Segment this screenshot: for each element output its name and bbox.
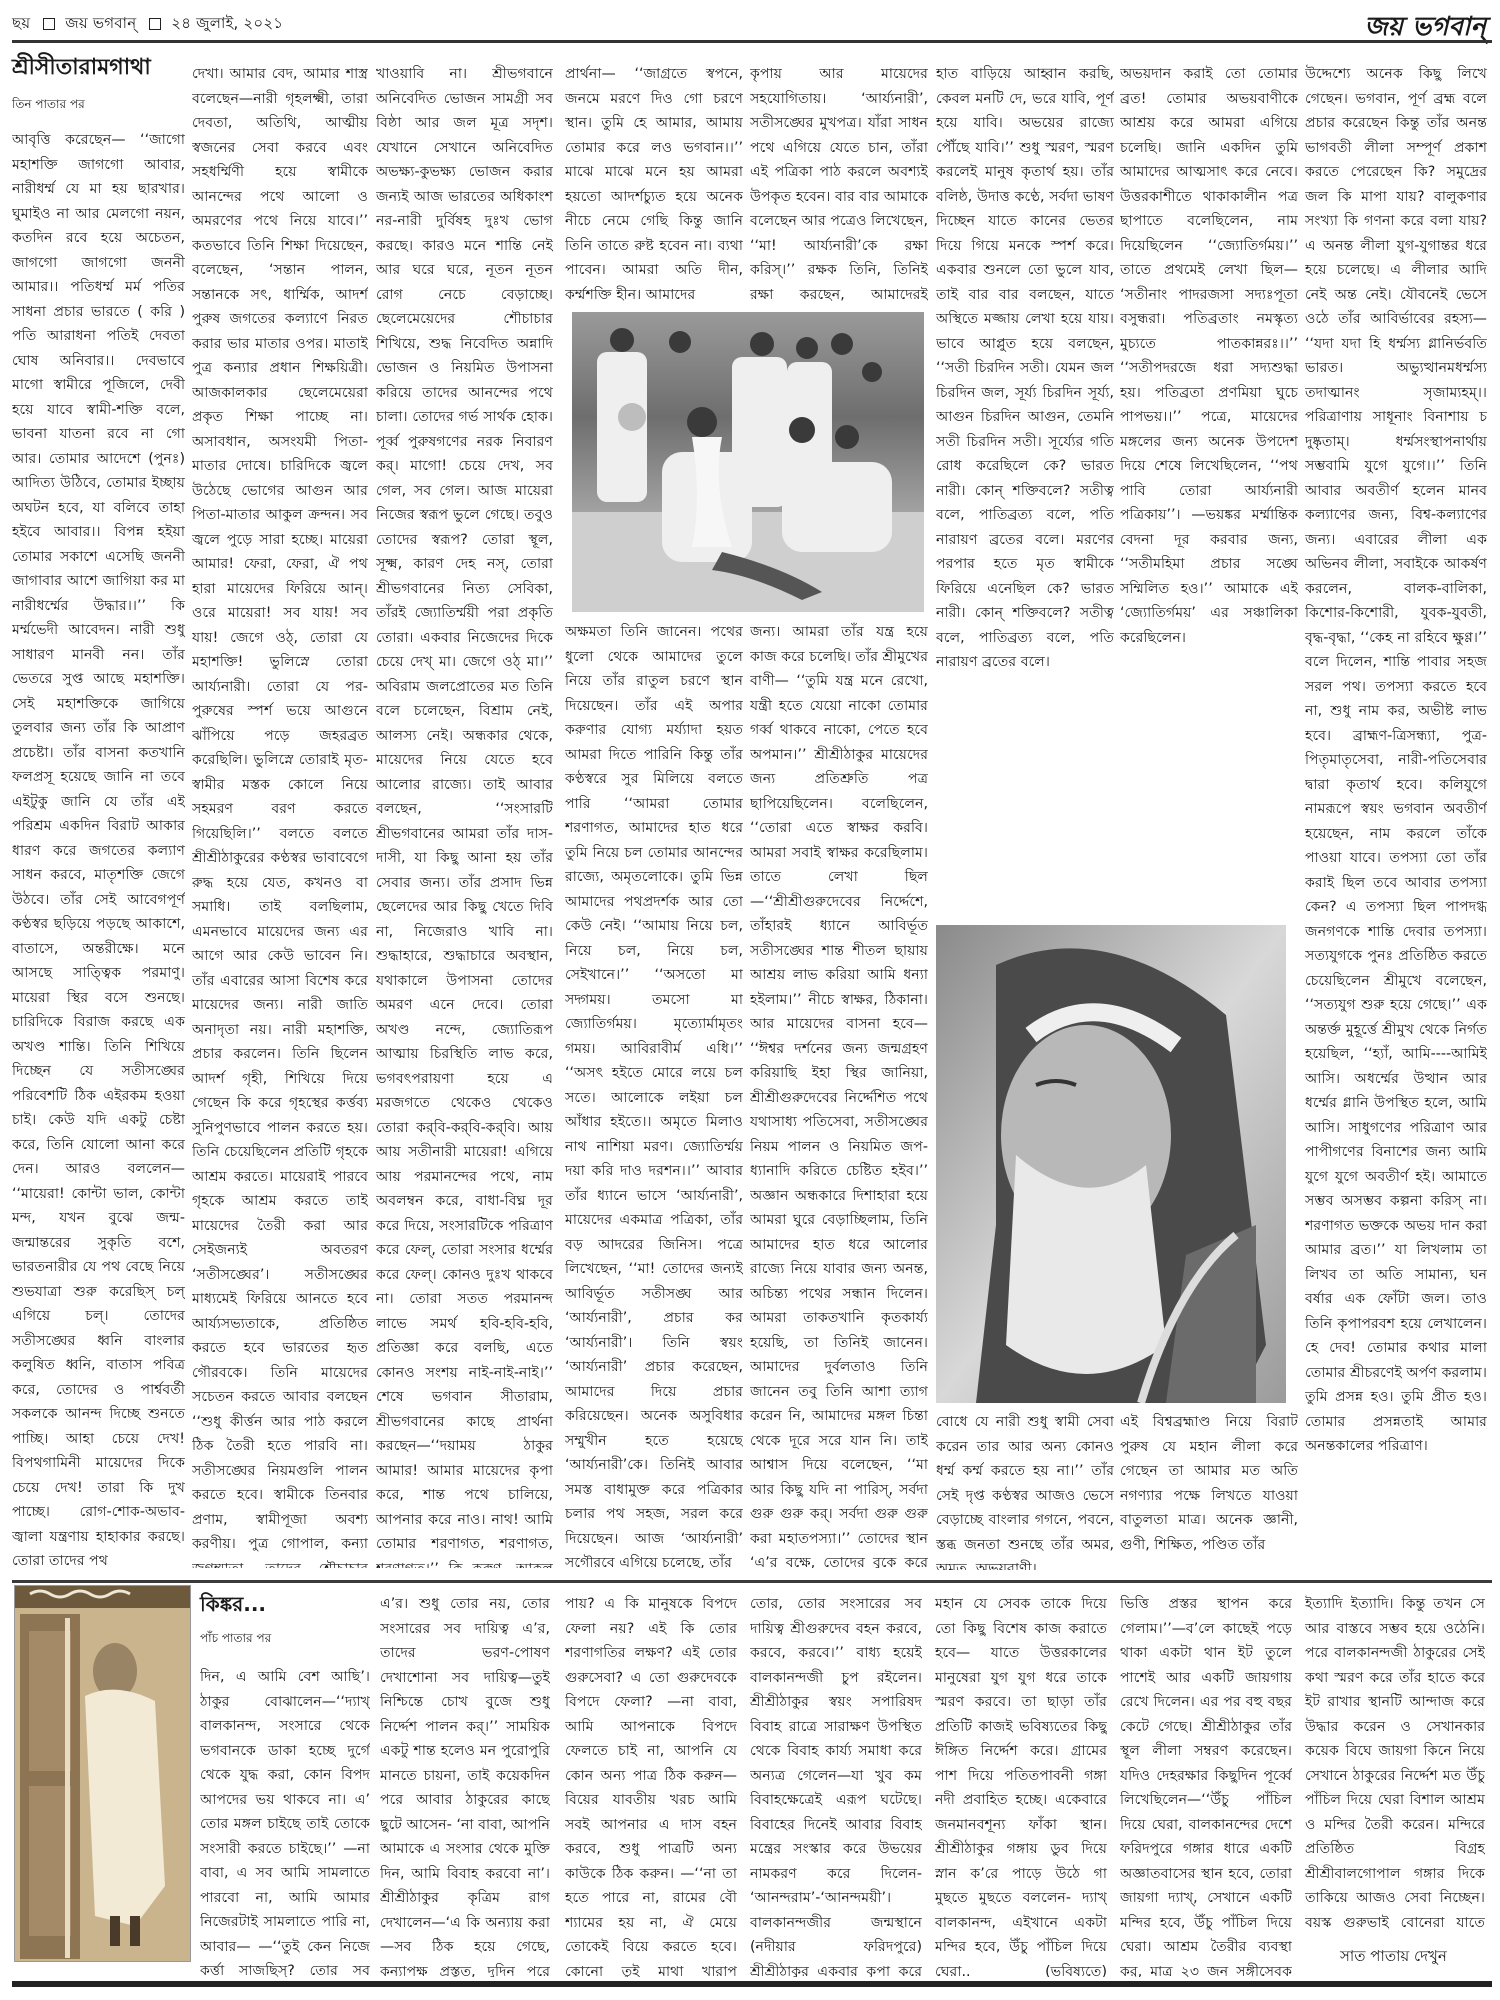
article-column-7: এই বিশ্বব্রহ্মাণ্ড নিয়ে বিরাট পুরুষ যে … <box>1120 1410 1298 1570</box>
article-column-2: দেখা। আমার বেদ, আমার শাস্ত্র বলেছেন—নারী… <box>192 62 368 1568</box>
article-column-1: আবৃত্তি করেছেন— ‘‘জাগো মহাশক্তি জাগগো আব… <box>12 128 185 1568</box>
portrait-photo <box>936 925 1286 1403</box>
continued-from: পাঁচ পাতার পর <box>200 1630 271 1650</box>
masthead-logo: জয় ভগবান্ <box>1364 6 1486 50</box>
square-bullet-icon <box>149 18 161 30</box>
standing-photo <box>14 1585 191 1962</box>
group-photo-image <box>572 312 924 612</box>
standing-photo-image <box>15 1586 190 1961</box>
issue-date: ২৪ জুলাই, ২০২১ <box>171 14 283 32</box>
article-column-4-top: প্রার্থনা— ‘‘জাগ্রতে স্বপনে, জনমে মরণে দ… <box>565 62 743 312</box>
bottom-column-1: দিন, এ আমি বেশ আছি’। ঠাকুর বোঝালেন—‘‘দ্য… <box>200 1665 370 1977</box>
page-folio: ছয় জয় ভগবান্ ২৪ জুলাই, ২০২১ <box>12 12 283 37</box>
article-column-8: উদ্দেশ্যে অনেক কিছু লিখে গেছেন। ভগবান, প… <box>1305 62 1487 1568</box>
publication-name: জয় ভগবান্ <box>65 14 136 32</box>
continued-on: সাত পাতায় দেখুন <box>1340 1945 1447 1970</box>
section-rule <box>12 1580 1492 1583</box>
bottom-column-2: এ’র। শুধু তোর নয়, তোর সংসারের সব দায়িত… <box>380 1592 550 1977</box>
continued-from: তিন পাতার পর <box>12 96 85 116</box>
article-column-3: খাওয়াবি না। শ্রীভগবানে অনিবেদিত ভোজন সা… <box>376 62 553 1568</box>
article-column-5-top: কৃপায় আর মায়েদের সহযোগিতায়। ‘আর্য্যনা… <box>750 62 928 312</box>
article-column-7-top: অভয়দান করাই তো তোমার ব্রত! তোমার অভয়বা… <box>1120 62 1298 914</box>
bottom-column-7: ইত্যাদি ইত্যাদি। কিন্তু তখন সে আর বাস্তব… <box>1305 1592 1485 1937</box>
bottom-column-6: ভিত্তি প্রস্তর স্থাপন করে গেলাম।’’—ব’লে … <box>1120 1592 1292 1977</box>
article-column-4: অক্ষমতা তিনি জানেন। পথের ধুলো থেকে আমাদে… <box>565 620 743 1568</box>
page-number: ছয় <box>12 14 30 32</box>
square-bullet-icon <box>43 18 55 30</box>
bottom-column-3: পায়? এ কি মানুষকে বিপদে ফেলা নয়? এই কি… <box>565 1592 737 1977</box>
bottom-column-5: মহান যে সেবক তাকে দিয়ে তো কিছু বিশেষ কা… <box>935 1592 1107 1977</box>
portrait-photo-image <box>936 925 1286 1403</box>
article-column-6: বোধে যে নারী শুধু স্বামী সেবা করেন তার আ… <box>936 1410 1114 1570</box>
header-rule <box>12 40 1492 43</box>
bottom-column-4: তোর, তোর সংসারের সব দায়িত্ব শ্রীগুরুদেব… <box>750 1592 922 1977</box>
article-title: কিঙ্কর... <box>200 1590 266 1623</box>
article-column-6-top: হাত বাড়িয়ে আহ্বান করছি, কেবল মনটি দে, … <box>936 62 1114 914</box>
footer-rule <box>12 1981 1492 1987</box>
article-column-5: জন্য। আমরা তাঁর যন্ত্র হয়ে কাজ করে চলেছ… <box>750 620 928 1568</box>
article-title: শ্রীসীতারামগাথা <box>12 50 151 87</box>
group-photo <box>572 312 924 612</box>
